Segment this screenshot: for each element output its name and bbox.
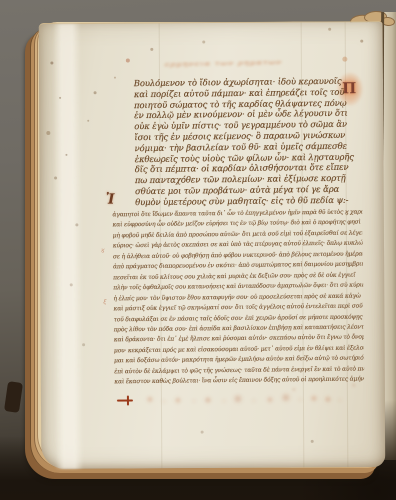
text-line: θυμὸν ὑμετέρους σὺν μαθηταῖς· εἰς τὸ θῦ …: [135, 195, 361, 208]
text-line: καὶ ἕκαστον καθὼς βούλεται· ἵνα ὦσιν εἰς…: [114, 375, 364, 388]
margin-mark: ξ: [103, 300, 106, 306]
foxing-spots: [39, 24, 41, 26]
rubric-cross-ornament: [117, 395, 134, 405]
manuscript-page: ερμηνεια των ρηματων Π Βουλόμενον τὸ ἴδι…: [39, 21, 386, 469]
main-text-block: Βουλόμενον τὸ ἴδιον ἀχωρίσηται· ἰδοὺ κερ…: [134, 77, 361, 211]
photo-scene: ερμηνεια των ρηματων Π Βουλόμενον τὸ ἴδι…: [0, 0, 396, 500]
cross-bar: [117, 399, 133, 401]
repair-strip: [53, 24, 84, 469]
commentary-text-block: ἀγαπητοὶ ὅτε ἴδωμεν ἅπαντα ταῦτα δι᾽ ὧν …: [112, 207, 364, 389]
board-edge: [4, 381, 23, 413]
gutter-page-edge: [383, 12, 396, 460]
margin-mark: ϗ: [101, 248, 104, 254]
paragraph-initial: Ἰ: [106, 191, 115, 209]
rubric-offset-smear: [141, 395, 143, 397]
faded-rubric: ερμηνεια των ρηματων: [165, 57, 285, 71]
